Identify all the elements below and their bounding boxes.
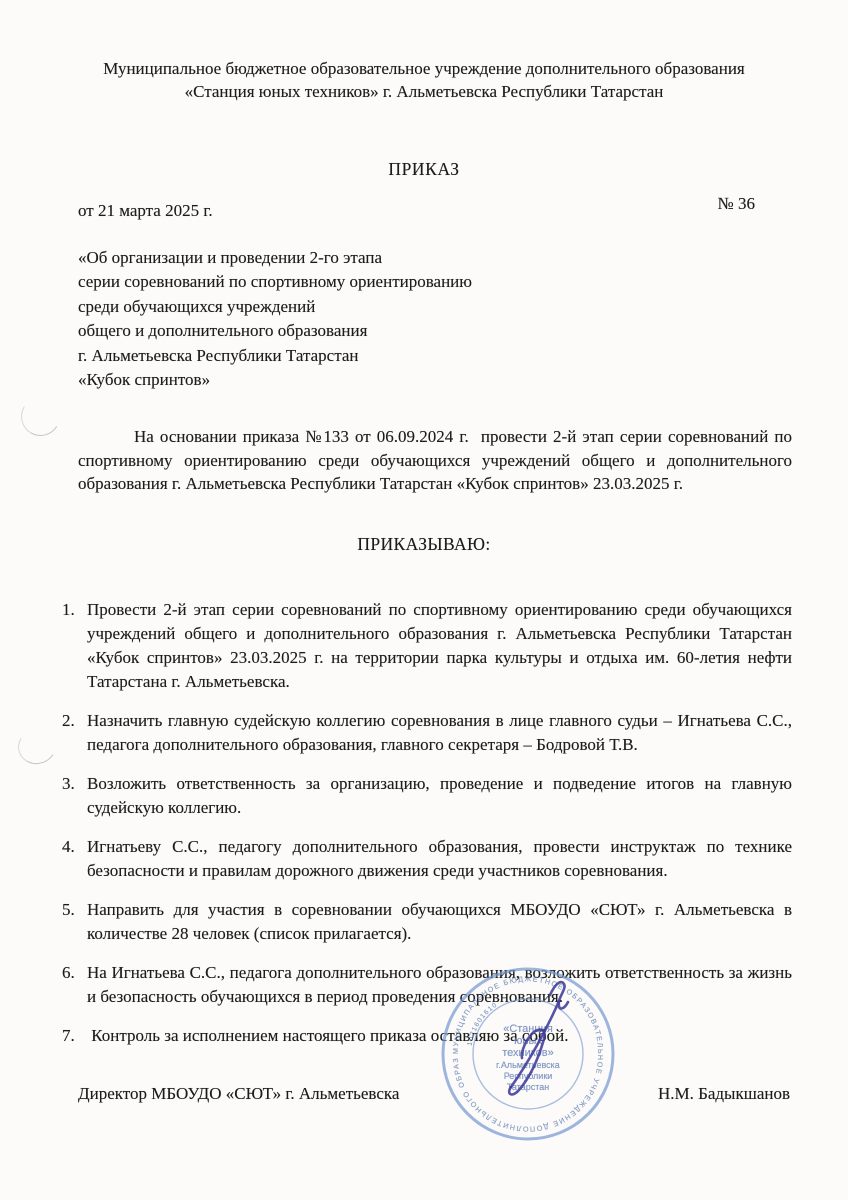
item-text: Направить для участия в соревновании обу…: [87, 898, 792, 946]
order-date: от 21 марта 2025 г.: [78, 201, 213, 221]
list-item: 3. Возложить ответственность за организа…: [62, 772, 792, 820]
signer-name: Н.М. Бадыкшанов: [658, 1084, 790, 1104]
list-item: 5. Направить для участия в соревновании …: [62, 898, 792, 946]
item-text: Возложить ответственность за организацию…: [87, 772, 792, 820]
scanned-order-document: Муниципальное бюджетное образовательное …: [0, 0, 848, 1200]
item-number: 4.: [62, 835, 87, 883]
subject-line: г. Альметьевска Республики Татарстан: [78, 344, 558, 368]
hole-punch-mark: [14, 725, 59, 768]
organization-name-line1: Муниципальное бюджетное образовательное …: [0, 57, 848, 80]
date-number-row: от 21 марта 2025 г. № 36: [78, 201, 755, 221]
item-number: 2.: [62, 709, 87, 757]
subject-line: среди обучающихся учреждений: [78, 295, 558, 319]
preamble-paragraph: На основании приказа №133 от 06.09.2024 …: [78, 425, 792, 495]
order-items-list: 1. Провести 2-й этап серии соревнований …: [62, 598, 792, 1048]
list-item: 2. Назначить главную судейскую коллегию …: [62, 709, 792, 757]
item-number: 6.: [62, 961, 87, 1009]
list-item: 1. Провести 2-й этап серии соревнований …: [62, 598, 792, 694]
list-item: 4. Игнатьеву С.С., педагогу дополнительн…: [62, 835, 792, 883]
item-text: Провести 2-й этап серии соревнований по …: [87, 598, 792, 694]
order-subject: «Об организации и проведении 2-го этапа …: [78, 246, 558, 392]
item-text: Назначить главную судейскую коллегию сор…: [87, 709, 792, 757]
subject-line: общего и дополнительного образования: [78, 319, 558, 343]
item-number: 3.: [62, 772, 87, 820]
signer-position: Директор МБОУДО «СЮТ» г. Альметьевска: [78, 1084, 399, 1104]
hole-punch-mark: [17, 393, 64, 440]
item-number: 1.: [62, 598, 87, 694]
item-number: 5.: [62, 898, 87, 946]
document-title: ПРИКАЗ: [0, 159, 848, 180]
list-item: 7. Контроль за исполнением настоящего пр…: [62, 1024, 792, 1048]
subject-line: «Кубок спринтов»: [78, 368, 558, 392]
subject-line: серии соревнований по спортивному ориент…: [78, 270, 558, 294]
list-item: 6. На Игнатьева С.С., педагога дополните…: [62, 961, 792, 1009]
order-number: № 36: [718, 194, 755, 214]
organization-name-line2: «Станция юных техников» г. Альметьевска …: [0, 80, 848, 103]
organization-header: Муниципальное бюджетное образовательное …: [0, 0, 848, 103]
subject-line: «Об организации и проведении 2-го этапа: [78, 246, 558, 270]
handwritten-signature: [458, 973, 593, 1103]
item-text: Игнатьеву С.С., педагогу дополнительного…: [87, 835, 792, 883]
item-number: 7.: [62, 1024, 87, 1048]
order-word: ПРИКАЗЫВАЮ:: [0, 534, 848, 555]
